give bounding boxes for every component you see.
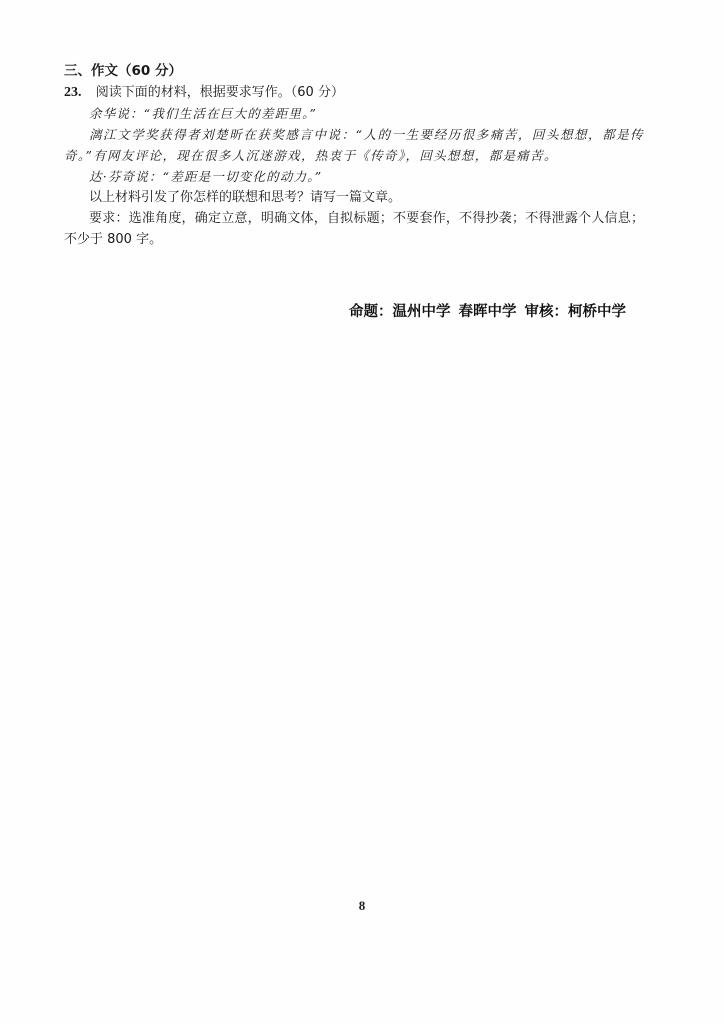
exam-page: 三、作文（60 分） 23. 阅读下面的材料，根据要求写作。（60 分） 余华说… xyxy=(0,0,724,1024)
question-prompt-line: 23. 阅读下面的材料，根据要求写作。（60 分） xyxy=(64,82,644,103)
composition-section: 三、作文（60 分） 23. 阅读下面的材料，根据要求写作。（60 分） 余华说… xyxy=(64,61,644,250)
material-quote-liuchuxin: 漓江文学奖获得者刘楚昕在获奖感言中说：“人的一生要经历很多痛苦，回头想想，都是传… xyxy=(64,124,644,166)
reviewer-school: 柯桥中学 xyxy=(568,304,626,320)
question-prompt: 阅读下面的材料，根据要求写作。（60 分） xyxy=(96,85,344,100)
writing-task: 以上材料引发了你怎样的联想和思考？请写一篇文章。 xyxy=(64,187,644,208)
material-quote-davinci: 达·芬奇说：“差距是一切变化的动力。” xyxy=(64,166,644,187)
page-number: 8 xyxy=(0,898,724,914)
co-author-school: 春晖中学 xyxy=(459,304,517,320)
author-label: 命题： xyxy=(349,304,393,320)
material-quote-yuhua: 余华说：“我们生活在巨大的差距里。” xyxy=(64,103,644,124)
question-number: 23. xyxy=(64,85,82,100)
section-heading: 三、作文（60 分） xyxy=(64,61,644,82)
writing-requirements: 要求：选准角度，确定立意，明确文体，自拟标题；不要套作，不得抄袭；不得泄露个人信… xyxy=(64,208,644,250)
reviewer-label: 审核： xyxy=(525,304,569,320)
author-school: 温州中学 xyxy=(393,304,451,320)
exam-credits: 命题：温州中学春晖中学审核：柯桥中学 xyxy=(349,300,626,321)
